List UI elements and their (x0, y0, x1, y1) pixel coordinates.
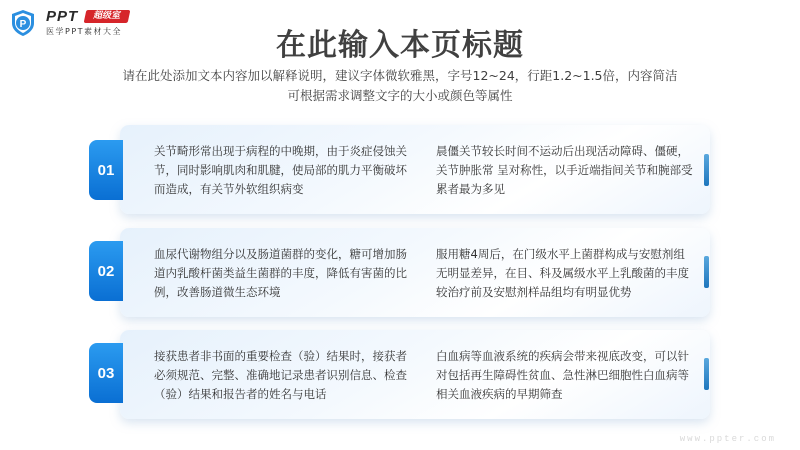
page-subtitle: 请在此处添加文本内容加以解释说明，建议字体微软雅黑，字号12~24，行距1.2~… (0, 66, 800, 106)
card-2-left-text: 血尿代谢物组分以及肠道菌群的变化，糖可增加肠道内乳酸杆菌类益生菌群的丰度，降低有… (154, 245, 414, 302)
page-title: 在此输入本页标题 (0, 20, 800, 64)
card-1-accent-bar (704, 154, 709, 186)
card-2-right-text: 服用糖4周后，在门级水平上菌群构成与安慰剂组无明显差异，在目、科及属级水平上乳酸… (436, 245, 696, 302)
info-card-2: 血尿代谢物组分以及肠道菌群的变化，糖可增加肠道内乳酸杆菌类益生菌群的丰度，降低有… (120, 228, 710, 317)
card-2-number-tab: 02 (89, 241, 123, 301)
card-1-right-text: 晨僵关节较长时间不运动后出现活动障碍、僵硬，关节肿胀常 呈对称性，以手近端指间关… (436, 142, 696, 199)
subtitle-line-2: 可根据需求调整文字的大小或颜色等属性 (0, 86, 800, 106)
card-2-accent-bar (704, 256, 709, 288)
card-3-right-text: 白血病等血液系统的疾病会带来视底改变，可以针对包括再生障碍性贫血、急性淋巴细胞性… (436, 347, 696, 404)
card-3-left-text: 接获患者非书面的重要检查（验）结果时，接获者必须规范、完整、准确地记录患者识别信… (154, 347, 414, 404)
info-card-3: 接获患者非书面的重要检查（验）结果时，接获者必须规范、完整、准确地记录患者识别信… (120, 330, 710, 419)
card-3-number-tab: 03 (89, 343, 123, 403)
watermark: www.ppter.com (680, 434, 776, 444)
card-1-left-text: 关节畸形常出现于病程的中晚期，由于炎症侵蚀关节，同时影响肌肉和肌腱，使局部的肌力… (154, 142, 414, 199)
subtitle-line-1: 请在此处添加文本内容加以解释说明，建议字体微软雅黑，字号12~24，行距1.2~… (0, 66, 800, 86)
card-3-accent-bar (704, 358, 709, 390)
card-1-number-tab: 01 (89, 140, 123, 200)
info-card-1: 关节畸形常出现于病程的中晚期，由于炎症侵蚀关节，同时影响肌肉和肌腱，使局部的肌力… (120, 125, 710, 214)
slide: P PPT 超级室 医学PPT素材大全 在此输入本页标题 请在此处添加文本内容加… (0, 0, 800, 450)
